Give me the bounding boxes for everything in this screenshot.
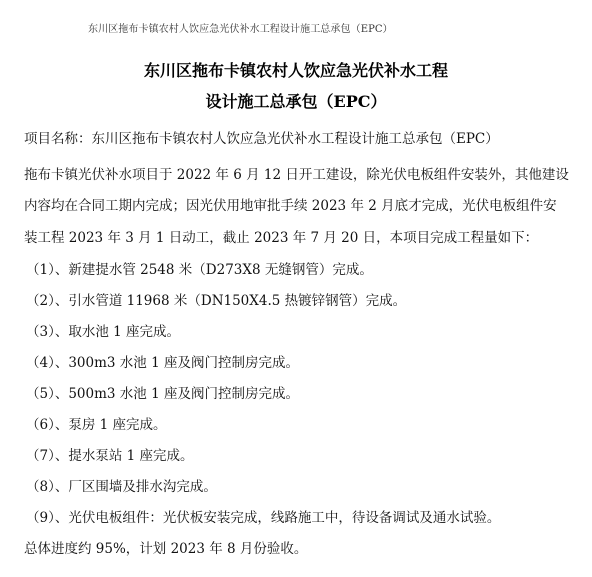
intro-line-3: 装工程 2023 年 3 月 1 日动工，截止 2023 年 7 月 20 日，… (24, 226, 538, 246)
work-item-7: （7）、提水泵站 1 座完成。 (26, 444, 194, 464)
document-title-line-1: 东川区拖布卡镇农村人饮应急光伏补水工程 (0, 58, 592, 81)
work-item-2: （2）、引水管道 11968 米（DN150X4.5 热镀锌钢管）完成。 (26, 289, 406, 309)
running-header: 东川区拖布卡镇农村人饮应急光伏补水工程设计施工总承包（EPC） (88, 20, 393, 35)
work-item-5: （5）、500m3 水池 1 座及阀门控制房完成。 (26, 382, 299, 402)
intro-line-1: 拖布卡镇光伏补水项目于 2022 年 6 月 12 日开工建设，除光伏电板组件安… (24, 163, 569, 183)
intro-line-2: 内容均在合同工期内完成；因光伏用地审批手续 2023 年 2 月底才完成，光伏电… (24, 194, 557, 214)
work-item-9: （9）、光伏电板组件：光伏板安装完成，线路施工中，待设备调试及通水试验。 (26, 506, 500, 526)
project-name: 项目名称：东川区拖布卡镇农村人饮应急光伏补水工程设计施工总承包（EPC） (24, 127, 499, 147)
work-item-8: （8）、厂区围墙及排水沟完成。 (26, 475, 217, 495)
document-title-line-2: 设计施工总承包（EPC） (0, 89, 592, 112)
work-item-4: （4）、300m3 水池 1 座及阀门控制房完成。 (26, 351, 299, 371)
progress-summary: 总体进度约 95%，计划 2023 年 8 月份验收。 (24, 537, 307, 557)
document-page: 东川区拖布卡镇农村人饮应急光伏补水工程设计施工总承包（EPC） 东川区拖布卡镇农… (0, 0, 592, 577)
work-item-6: （6）、泵房 1 座完成。 (26, 413, 167, 433)
work-item-1: （1）、新建提水管 2548 米（D273X8 无缝钢管）完成。 (26, 258, 373, 278)
work-item-3: （3）、取水池 1 座完成。 (26, 320, 180, 340)
